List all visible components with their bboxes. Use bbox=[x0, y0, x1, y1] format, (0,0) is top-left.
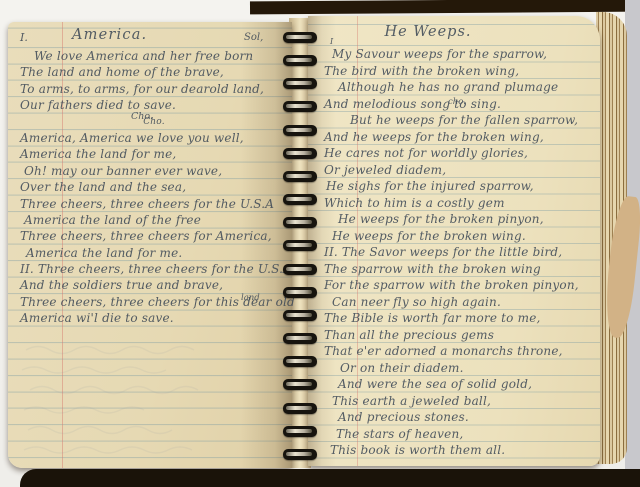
handwritten-line: Can neer fly so high again. bbox=[324, 294, 596, 311]
handwritten-line: We love America and her free born bbox=[20, 48, 288, 64]
handwritten-line: The stars of heaven, bbox=[324, 426, 596, 443]
spiral-coil bbox=[283, 403, 317, 414]
spiral-coil bbox=[283, 333, 317, 344]
spiral-coil bbox=[283, 287, 317, 298]
right-page-text: My Savour weeps for the sparrow,The bird… bbox=[324, 46, 596, 459]
spiral-coil bbox=[283, 125, 317, 136]
right-page-title: He Weeps. bbox=[348, 24, 508, 40]
spiral-coil bbox=[283, 217, 317, 228]
handwritten-line: Over the land and the sea, bbox=[20, 179, 288, 195]
handwritten-line: He sighs for the injured sparrow, bbox=[324, 178, 596, 195]
handwritten-line: The bird with the broken wing, bbox=[324, 63, 596, 80]
left-page: I. America. Sol, We love America and her… bbox=[8, 22, 292, 468]
spiral-coil bbox=[283, 240, 317, 251]
spiral-coil bbox=[283, 379, 317, 390]
handwritten-line: For the sparrow with the broken pinyon, bbox=[324, 277, 596, 294]
notebook-photo: I. America. Sol, We love America and her… bbox=[0, 0, 640, 487]
handwritten-line: The Bible is worth far more to me, bbox=[324, 310, 596, 327]
handwritten-line: To arms, to arms, for our dearold land, bbox=[20, 81, 288, 97]
handwritten-line: The sparrow with the broken wing bbox=[324, 261, 596, 278]
right-page: He Weeps. I cho. My Savour weeps for the… bbox=[308, 16, 600, 466]
handwritten-line: He cares not for worldly glories, bbox=[324, 145, 596, 162]
handwritten-line: And were the sea of solid gold, bbox=[324, 376, 596, 393]
spiral-coil bbox=[283, 310, 317, 321]
handwritten-line: America the land for me, bbox=[20, 146, 288, 162]
handwritten-line: But he weeps for the fallen sparrow, bbox=[324, 112, 596, 129]
spiral-coil bbox=[283, 264, 317, 275]
handwritten-line: Than all the precious gems bbox=[324, 327, 596, 344]
spiral-binding bbox=[283, 32, 319, 460]
inserted-word: land bbox=[241, 293, 260, 303]
handwritten-line: And he weeps for the broken wing, bbox=[324, 129, 596, 146]
handwritten-line: That e'er adorned a monarchs throne, bbox=[324, 343, 596, 360]
notebook-cover-top-edge bbox=[250, 0, 640, 14]
handwritten-line: II. Three cheers, three cheers for the U… bbox=[20, 261, 288, 277]
handwritten-line: Which to him is a costly gem bbox=[324, 195, 596, 212]
spiral-coil bbox=[283, 194, 317, 205]
handwritten-line: Three cheers, three cheers for America, bbox=[20, 228, 288, 244]
spiral-coil bbox=[283, 449, 317, 460]
handwritten-line: This book is worth them all. bbox=[324, 442, 596, 459]
handwritten-line: My Savour weeps for the sparrow, bbox=[324, 46, 596, 63]
handwritten-line: And melodious song to sing. bbox=[324, 96, 596, 113]
handwritten-line: America, America we love you well, bbox=[20, 130, 288, 146]
spiral-coil bbox=[283, 78, 317, 89]
spiral-coil bbox=[283, 426, 317, 437]
handwritten-line: The land and home of the brave, bbox=[20, 64, 288, 80]
notebook-cover-bottom-edge bbox=[20, 469, 640, 487]
left-page-title: America. bbox=[72, 27, 147, 43]
handwritten-line: II. The Savor weeps for the little bird, bbox=[324, 244, 596, 261]
handwritten-line: Although he has no grand plumage bbox=[324, 79, 596, 96]
right-verse-marker: I bbox=[330, 37, 333, 46]
handwritten-line: He weeps for the broken wing. bbox=[324, 228, 596, 245]
left-page-text: We love America and her free bornThe lan… bbox=[20, 48, 288, 327]
handwritten-line: America the land for me. bbox=[20, 245, 288, 261]
handwritten-line: America wi'l die to save. bbox=[20, 310, 288, 326]
handwritten-line: And precious stones. bbox=[324, 409, 596, 426]
bleed-through-texture bbox=[14, 340, 284, 465]
left-corner-note: Sol, bbox=[244, 32, 263, 43]
spiral-coil bbox=[283, 101, 317, 112]
left-verse-marker: I. bbox=[20, 31, 28, 44]
left-chorus-label: Cho. bbox=[118, 111, 166, 122]
handwritten-line: America the land of the free bbox=[20, 212, 288, 228]
spiral-coil bbox=[283, 171, 317, 182]
handwritten-line: Or jeweled diadem, bbox=[324, 162, 596, 179]
handwritten-line: He weeps for the broken pinyon, bbox=[324, 211, 596, 228]
handwritten-line: Oh! may our banner ever wave, bbox=[20, 163, 288, 179]
spiral-coil bbox=[283, 32, 317, 43]
handwritten-line: Three cheers, three cheers for the U.S.A bbox=[20, 196, 288, 212]
spiral-coil bbox=[283, 148, 317, 159]
spiral-coil bbox=[283, 356, 317, 367]
spiral-coil bbox=[283, 55, 317, 66]
handwritten-line: And the soldiers true and brave, bbox=[20, 277, 288, 293]
handwritten-line: Or on their diadem. bbox=[324, 360, 596, 377]
handwritten-line: This earth a jeweled ball, bbox=[324, 393, 596, 410]
